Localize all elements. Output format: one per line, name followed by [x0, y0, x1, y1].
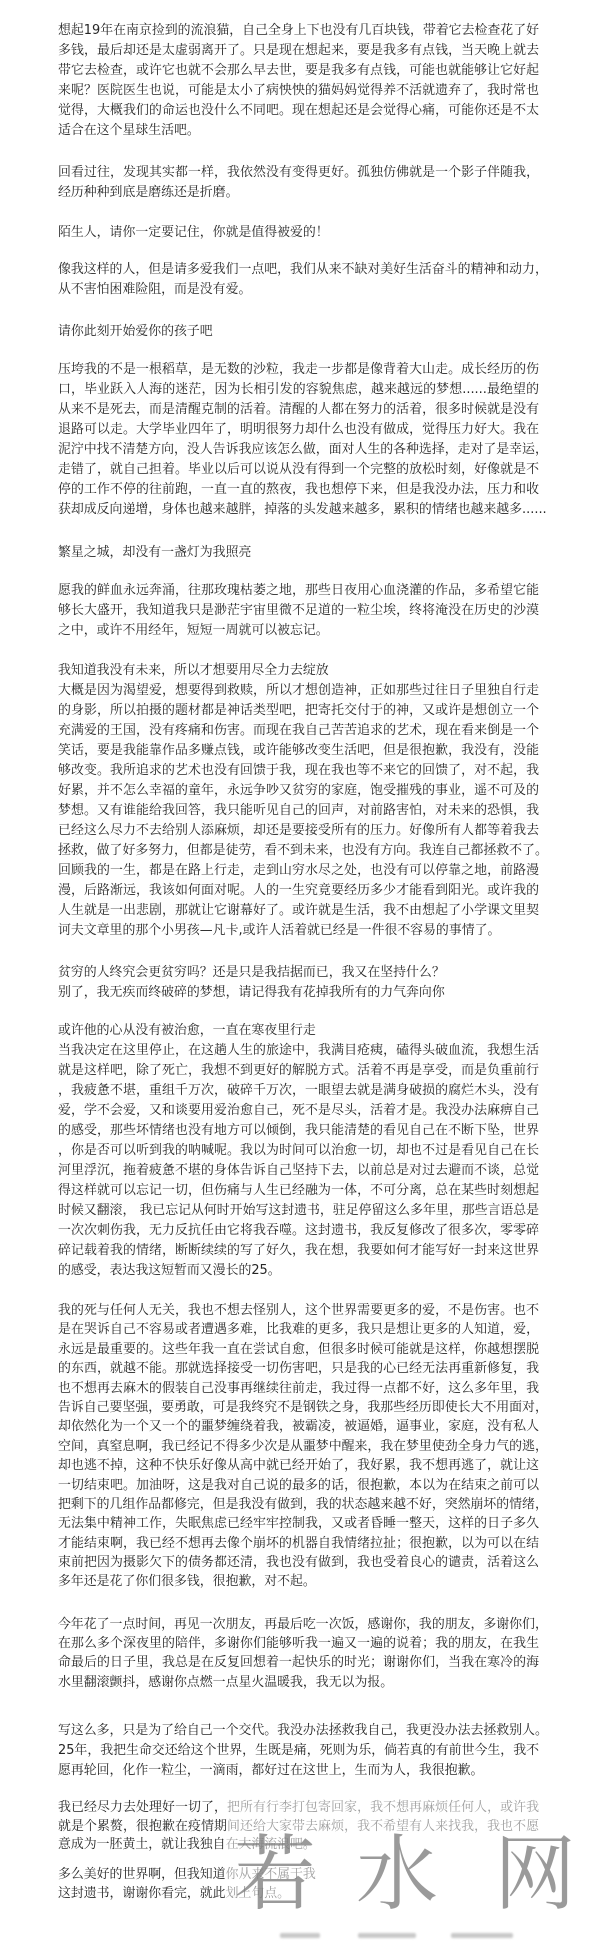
- section-heading: 我知道我没有未来，所以才想要用尽全力去绽放: [58, 661, 539, 681]
- text-line: 束前把因为摄影欠下的债务都还清，我也没有做到，我也受着良心的谴责，活着这么: [58, 1553, 539, 1572]
- text-line: 告诉自己要坚强，要勇敢，可是我终究不是钢铁之身，我那些经历即使长大不用面对，: [58, 1398, 539, 1417]
- watermark-char: 网: [480, 1834, 590, 1916]
- text-line: 请你此刻开始爱你的孩子吧: [58, 322, 539, 342]
- text-line: 笑话，要是我能靠作品多赚点钱，或许能够改变生活吧，但是很抱歉，我没有，没能: [58, 741, 539, 761]
- text-line: 带它去检查，或许它也就不会那么早去世，要是我多有点钱，可能也就能够让它好起: [58, 61, 539, 81]
- section-heading: 请你此刻开始爱你的孩子吧: [58, 322, 539, 342]
- text-line: 诃夫文章里的那个小男孩—凡卡,或许人活着就已经是一件很不容易的事情了。: [58, 921, 539, 941]
- text-line: 我的死与任何人无关，我也不想去怪别人，这个世界需要更多的爱，不是伤害。也不: [58, 1301, 539, 1320]
- watermark-subtext-word: [451, 1933, 513, 1938]
- text-line: 却也逃不掉，这种不快乐好像从高中就已经开始了，我好累，我不想再逃了，就让这: [58, 1456, 539, 1475]
- text-line: 把剩下的几组作品都修完，但是我没有做到，我的状态越来越不好，突然崩坏的情绪，: [58, 1495, 539, 1514]
- text-line: 别了，我无疾而终破碎的梦想，请记得我有花掉我所有的力气奔向你: [58, 983, 539, 1003]
- text-line: 走错了，就自己担着。毕业以后可以说从没有得到一个完整的放松时刻，好像就是不: [58, 460, 539, 480]
- text-line: 经历种种到底是磨练还是折磨。: [58, 183, 539, 203]
- text-line: 时候又翻滚， 我已忘记从何时开始写这封遗书，驻足停留这么多年里，那些言语总是: [58, 1201, 539, 1221]
- text-line: 够长大盛开，我知道我只是渺茫宇宙里微不足道的一粒尘埃，终将淹没在历史的沙漠: [58, 601, 539, 621]
- text-line: 大概是因为渴望爱，想要得到救赎，所以才想创造神，正如那些过往日子里独自行走: [58, 681, 539, 701]
- text-line: 获却成反向递增，身体也越来越胖，掉落的头发越来越多，累积的情绪也越来越多....…: [58, 500, 539, 520]
- text-line: 回看过往，发现其实都一样，我依然没有变得更好。孤独仿佛就是一个影子伴随我，: [58, 163, 539, 183]
- watermark-subtext-word: [280, 1933, 320, 1938]
- text-line: 像我这样的人，但是请多爱我们一点吧，我们从来不缺对美好生活奋斗的精神和动力，: [58, 260, 539, 280]
- text-line: 梦想。又有谁能给我回答，我只能听见自己的回声，对前路害怕，对未来的恐惧，我: [58, 801, 539, 821]
- text-line: 繁星之城，却没有一盏灯为我照亮: [58, 543, 539, 563]
- section-heading: 或许他的心从没有被治愈，一直在寒夜里行走: [58, 1021, 539, 1041]
- text-line: 回顾我的一生，都是在路上行走，走到山穷水尽之处，也没有可以停靠之地，前路漫: [58, 861, 539, 881]
- text-line: 愿再轮回，化作一粒尘，一滴雨，都好过在这世上，生而为人，我很抱歉。: [58, 1761, 539, 1781]
- text-line: 25年，我把生命交还给这个世界，生既是痛，死则为乐，倘若真的有前世今生，我不: [58, 1741, 539, 1761]
- paragraph-no-future: 我知道我没有未来，所以才想要用尽全力去绽放 大概是因为渴望爱，想要得到救赎，所以…: [58, 661, 539, 941]
- text-line: 一次次刺伤我，无力反抗任由它将我吞噬。这封遗书，我反复修改了很多次，零零碎: [58, 1221, 539, 1241]
- text-line: 水里翻滚颤抖，感谢你点燃一点星火温暖我，我无以为报。: [58, 1673, 539, 1692]
- text-line: 碎记载着我的情绪，断断续续的写了好久，我在想，我要如何才能写好一封来这世界: [58, 1241, 539, 1261]
- text-line: 是在哭诉自己不容易或者遭遇多难，比我难的更多，我只是想让更多的人知道，爱，: [58, 1320, 539, 1339]
- text-line: 陌生人，请你一定要记住，你就是值得被爱的！: [58, 223, 539, 243]
- text-line: 当我决定在这里停止，在这趟人生的旅途中，我满目疮痍，磕得头破血流，我想生活: [58, 1041, 539, 1061]
- text-line: 也不想再去麻木的假装自己没事再继续往前走，我过得一点都不好，这么多年里，我: [58, 1379, 539, 1398]
- text-line: 命最后的日子里，我总是在反复回想着一起快乐的时光；谢谢你们，当我在寒冷的海: [58, 1653, 539, 1672]
- text-line: 够改变。我所追求的艺术也没有回馈于我，现在我也等不来它的回馈了，对不起，我: [58, 761, 539, 781]
- text-line: 的感受，那些坏情绪也没有地方可以倾倒，我只能清楚的看见自己在不断下坠，世界: [58, 1121, 539, 1141]
- text-line: 来呢？医院医生也说，可能是太小了病怏怏的猫妈妈觉得养不活就遗弃了，我时常也: [58, 81, 539, 101]
- text-line: 多钱，最后却还是太虚弱离开了。只是现在想起来，要是我多有点钱，当天晚上就去: [58, 41, 539, 61]
- text-line: 拯救，做了好多努力，但都是徒劳，看不到未来，也没有方向。我连自己都拯救不了。: [58, 841, 539, 861]
- paragraph-love-us: 像我这样的人，但是请多爱我们一点吧，我们从来不缺对美好生活奋斗的精神和动力， 从…: [58, 260, 539, 300]
- text-line: 永远是最重要的。这些年我一直在尝试自愈，但很多时候可能就是这样，你越想摆脱: [58, 1340, 539, 1359]
- text-line: 无法集中精神工作，失眠焦虑已经牢牢控制我，又或者昏睡一整天，这样的日子多久: [58, 1514, 539, 1533]
- text-line: 的身影，所以拍摄的题材都是神话类型吧，把寄托交付于的神，又或许是想创立一个: [58, 701, 539, 721]
- text-line: 多年还是花了你们很多钱，很抱歉，对不起。: [58, 1572, 539, 1591]
- text-line: 想起19年在南京捡到的流浪猫，自己全身上下也没有几百块钱，带着它去检查花了好: [58, 21, 539, 41]
- paragraph-stray-cat: 想起19年在南京捡到的流浪猫，自己全身上下也没有几百块钱，带着它去检查花了好 多…: [58, 21, 539, 141]
- text-line: 之中，或许不用经年，短短一周就可以被忘记。: [58, 621, 539, 641]
- text-line: 从不害怕困难险阻，而是没有爱。: [58, 280, 539, 300]
- text-line: 已经这么尽力不去给别人添麻烦，却还是要接受所有的压力。好像所有人都等着我去: [58, 821, 539, 841]
- paragraph-no-blame: 我的死与任何人无关，我也不想去怪别人，这个世界需要更多的爱，不是伤害。也不 是在…: [58, 1301, 539, 1592]
- paragraph-friends: 今年花了一点时间，再见一次朋友，再最后吃一次饭，感谢你，我的朋友，多谢你们， 在…: [58, 1615, 539, 1692]
- paragraph-blood: 愿我的鲜血永远奔涌，往那玫瑰枯萎之地，那些日夜用心血浇灌的作品，多希望它能 够长…: [58, 581, 539, 641]
- text-line: 写这么多，只是为了给自己一个交代。我没办法拯救我自己，我更没办法去拯救别人。: [58, 1721, 539, 1741]
- text-line: 才能结束啊，我已经不想再去像个崩坏的机器自我情绪拉扯；很抱歉，以为可以在结: [58, 1534, 539, 1553]
- watermark-subtext-word: [358, 1933, 416, 1938]
- text-line: 泥泞中找不清楚方向，没人告诉我应该怎么做，面对人生的各种选择，走对了是幸运，: [58, 440, 539, 460]
- text-line: 漫，后路渐远，我该如何面对呢。人的一生究竟要经历多少才能看到阳光。或许我的: [58, 881, 539, 901]
- watermark-char: 水: [342, 1834, 452, 1916]
- text-line: 的感受，表达我这短暂而又漫长的25。: [58, 1261, 539, 1281]
- text-line: 愿我的鲜血永远奔涌，往那玫瑰枯萎之地，那些日夜用心血浇灌的作品，多希望它能: [58, 581, 539, 601]
- text-line: 好累，并不怎么幸福的童年，永远争吵又贫穷的家庭，饱受摧残的事业，遥不可及的: [58, 781, 539, 801]
- watermark-char: 若: [220, 1834, 330, 1916]
- text-line: 今年花了一点时间，再见一次朋友，再最后吃一次饭，感谢你，我的朋友，多谢你们，: [58, 1615, 539, 1634]
- text-line: 空间，真窒息啊，我已经记不得多少次是从噩梦中醒来，我在梦里使劲全身力气的逃，: [58, 1437, 539, 1456]
- paragraph-stranger: 陌生人，请你一定要记住，你就是值得被爱的！: [58, 223, 539, 243]
- text-line: 爱，学不会爱，又和谈要用爱治愈自己，死不是尽头，活着才是。我没办法麻痹自己: [58, 1101, 539, 1121]
- text-line: 停的工作不停的往前跑，一直一直的熬夜，我也想停下来，但是我没办法，压力和收: [58, 480, 539, 500]
- text-line: 河里浮沉，拖着疲惫不堪的身体告诉自己坚持下去，以前总是对过去避而不谈，总觉: [58, 1161, 539, 1181]
- text-line: 从来不是死去，而是清醒克制的活着。清醒的人都在努力的活着，很多时候就是没有: [58, 400, 539, 420]
- text-line: 得这样就可以忘记一切，但伤痛与人生已经融为一体，不可分离，总在某些时刻想起: [58, 1181, 539, 1201]
- text-line: 在那么多个深夜里的陪伴，多谢你们能够听我一遍又一遍的说着；我的朋友，在我生: [58, 1634, 539, 1653]
- section-heading: 繁星之城，却没有一盏灯为我照亮: [58, 543, 539, 563]
- paragraph-explanation: 写这么多，只是为了给自己一个交代。我没办法拯救我自己，我更没办法去拯救别人。 2…: [58, 1721, 539, 1781]
- text-line: 却依然化为一个又一个的噩梦缠绕着我，被霸凌，被逼婚，逼事业，家庭，没有私人: [58, 1417, 539, 1436]
- text-line: 贫穷的人终究会更贫穷吗？还是只是我拮据而已，我又在坚持什么？: [58, 963, 539, 983]
- text-line: 就是这样吧，除了死亡，我想不到更好的解脱方式。活着不再是享受，而是负重前行: [58, 1061, 539, 1081]
- paragraph-farewell-dream: 贫穷的人终究会更贫穷吗？还是只是我拮据而已，我又在坚持什么？ 别了，我无疾而终破…: [58, 963, 539, 1003]
- text-line: 充满爱的王国，没有疼痛和伤害。而现在我自己苦苦追求的艺术，现在看来倒是一个: [58, 721, 539, 741]
- text-line: 的东西，就越不能。那就选择接受一切伤害吧，只是我的心已经无法再重新修复，我: [58, 1359, 539, 1378]
- text-line: 退路可以走。大学毕业四年了，明明很努力却什么也没有做成，觉得压力好大。我在: [58, 420, 539, 440]
- paragraph-cold-night: 或许他的心从没有被治愈，一直在寒夜里行走 当我决定在这里停止，在这趟人生的旅途中…: [58, 1021, 539, 1281]
- document-page: 想起19年在南京捡到的流浪猫，自己全身上下也没有几百块钱，带着它去检查花了好 多…: [0, 0, 600, 1943]
- text-line: ，你是否可以听到我的呐喊呢。我以为时间可以治愈一切，却也不过是看见自己在长: [58, 1141, 539, 1161]
- text-line: 觉得，大概我们的命运也没什么不同吧。现在想起还是会觉得心痛，可能你还是不太: [58, 101, 539, 121]
- text-line: 人生就是一出悲剧，那就让它谢幕好了。或许就是生活，我不由想起了小学课文里契: [58, 901, 539, 921]
- paragraph-looking-back: 回看过往，发现其实都一样，我依然没有变得更好。孤独仿佛就是一个影子伴随我， 经历…: [58, 163, 539, 203]
- paragraph-pressure: 压垮我的不是一根稻草，是无数的沙粒，我走一步都是像背着大山走。成长经历的伤 口，…: [58, 360, 539, 520]
- text-line: 压垮我的不是一根稻草，是无数的沙粒，我走一步都是像背着大山走。成长经历的伤: [58, 360, 539, 380]
- text-line: 适合在这个星球生活吧。: [58, 121, 539, 141]
- text-line: 一切结束吧。加油呀，这是我对自己说的最多的话，很抱歉，本以为在结束之前可以: [58, 1476, 539, 1495]
- text-line: ，我疲惫不堪，重组千万次，破碎千万次，一眼望去就是满身破损的腐烂木头，没有: [58, 1081, 539, 1101]
- text-line: 口，毕业跃入人海的迷茫，因为长相引发的容貌焦虑，越来越远的梦想......最绝望…: [58, 380, 539, 400]
